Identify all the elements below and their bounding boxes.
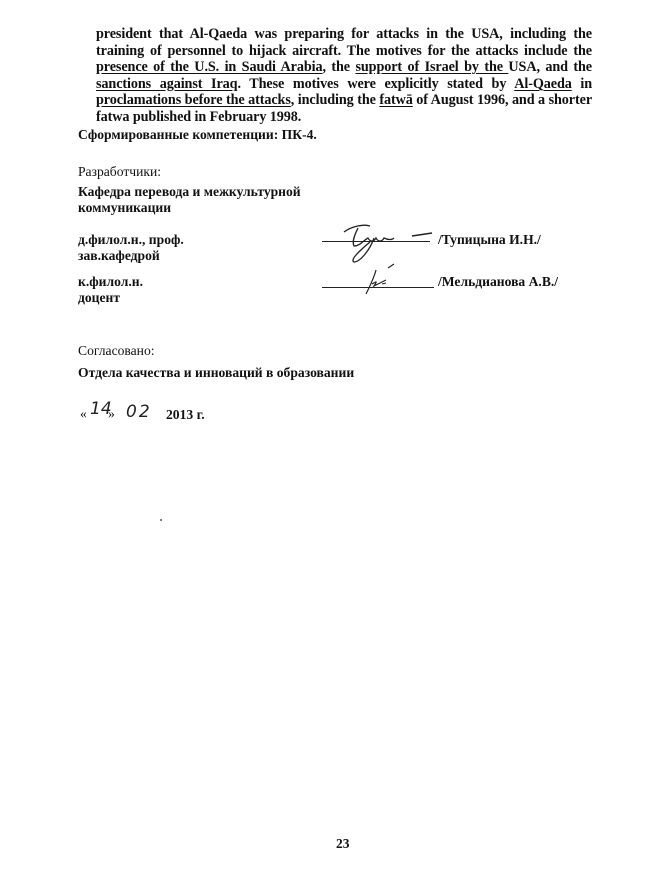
approval-department: Отдела качества и инноваций в образовани… — [78, 365, 354, 381]
signer-2-name: /Мельдианова А.В./ — [438, 274, 558, 290]
text-run: . These motives were explicitly stated b… — [237, 76, 514, 92]
competencies-label: Сформированные компетенции: — [78, 127, 282, 142]
competencies-value: ПК-4. — [282, 127, 317, 142]
signer-2-position: доцент — [78, 290, 120, 306]
date-open-quote: « — [80, 406, 87, 421]
underlined-phrase: support of Israel by the — [355, 59, 508, 75]
signature-1 — [330, 216, 440, 266]
underlined-phrase: Al-Qaeda — [514, 76, 572, 92]
underlined-phrase: fatwā — [379, 92, 412, 108]
text-run: president that Al-Qaeda was preparing fo… — [96, 26, 592, 59]
signer-2-degree: к.филол.н. — [78, 274, 143, 290]
underlined-phrase: sanctions against Iraq — [96, 76, 237, 92]
competencies-line: Сформированные компетенции: ПК-4. — [78, 127, 317, 143]
developers-heading: Разработчики: — [78, 164, 161, 180]
date-close-quote: » — [108, 406, 115, 422]
signer-1-name: /Тупицына И.Н./ — [438, 232, 541, 248]
scan-speck — [160, 519, 162, 521]
signer-1-degree: д.филол.н., проф. — [78, 232, 184, 248]
underlined-phrase: presence of the U.S. in Saudi Arabia — [96, 59, 323, 75]
text-run: in — [572, 76, 592, 92]
body-paragraph: president that Al-Qaeda was preparing fo… — [96, 26, 592, 126]
approval-heading: Согласовано: — [78, 343, 155, 359]
signature-2 — [360, 262, 420, 302]
page-number: 23 — [336, 836, 350, 852]
text-run: USA, and the — [508, 59, 592, 75]
department-line-2: коммуникации — [78, 200, 171, 216]
document-page: president that Al-Qaeda was preparing fo… — [0, 0, 657, 875]
date-month: 02 — [126, 402, 152, 422]
text-run: , the — [323, 59, 356, 75]
approval-date: « — [80, 406, 87, 422]
underlined-phrase: proclamations before the attacks — [96, 92, 291, 108]
signer-1-position: зав.кафедрой — [78, 248, 160, 264]
date-year: 2013 г. — [166, 407, 205, 423]
text-run: , including the — [291, 92, 380, 108]
department-line-1: Кафедра перевода и межкультурной — [78, 184, 301, 200]
